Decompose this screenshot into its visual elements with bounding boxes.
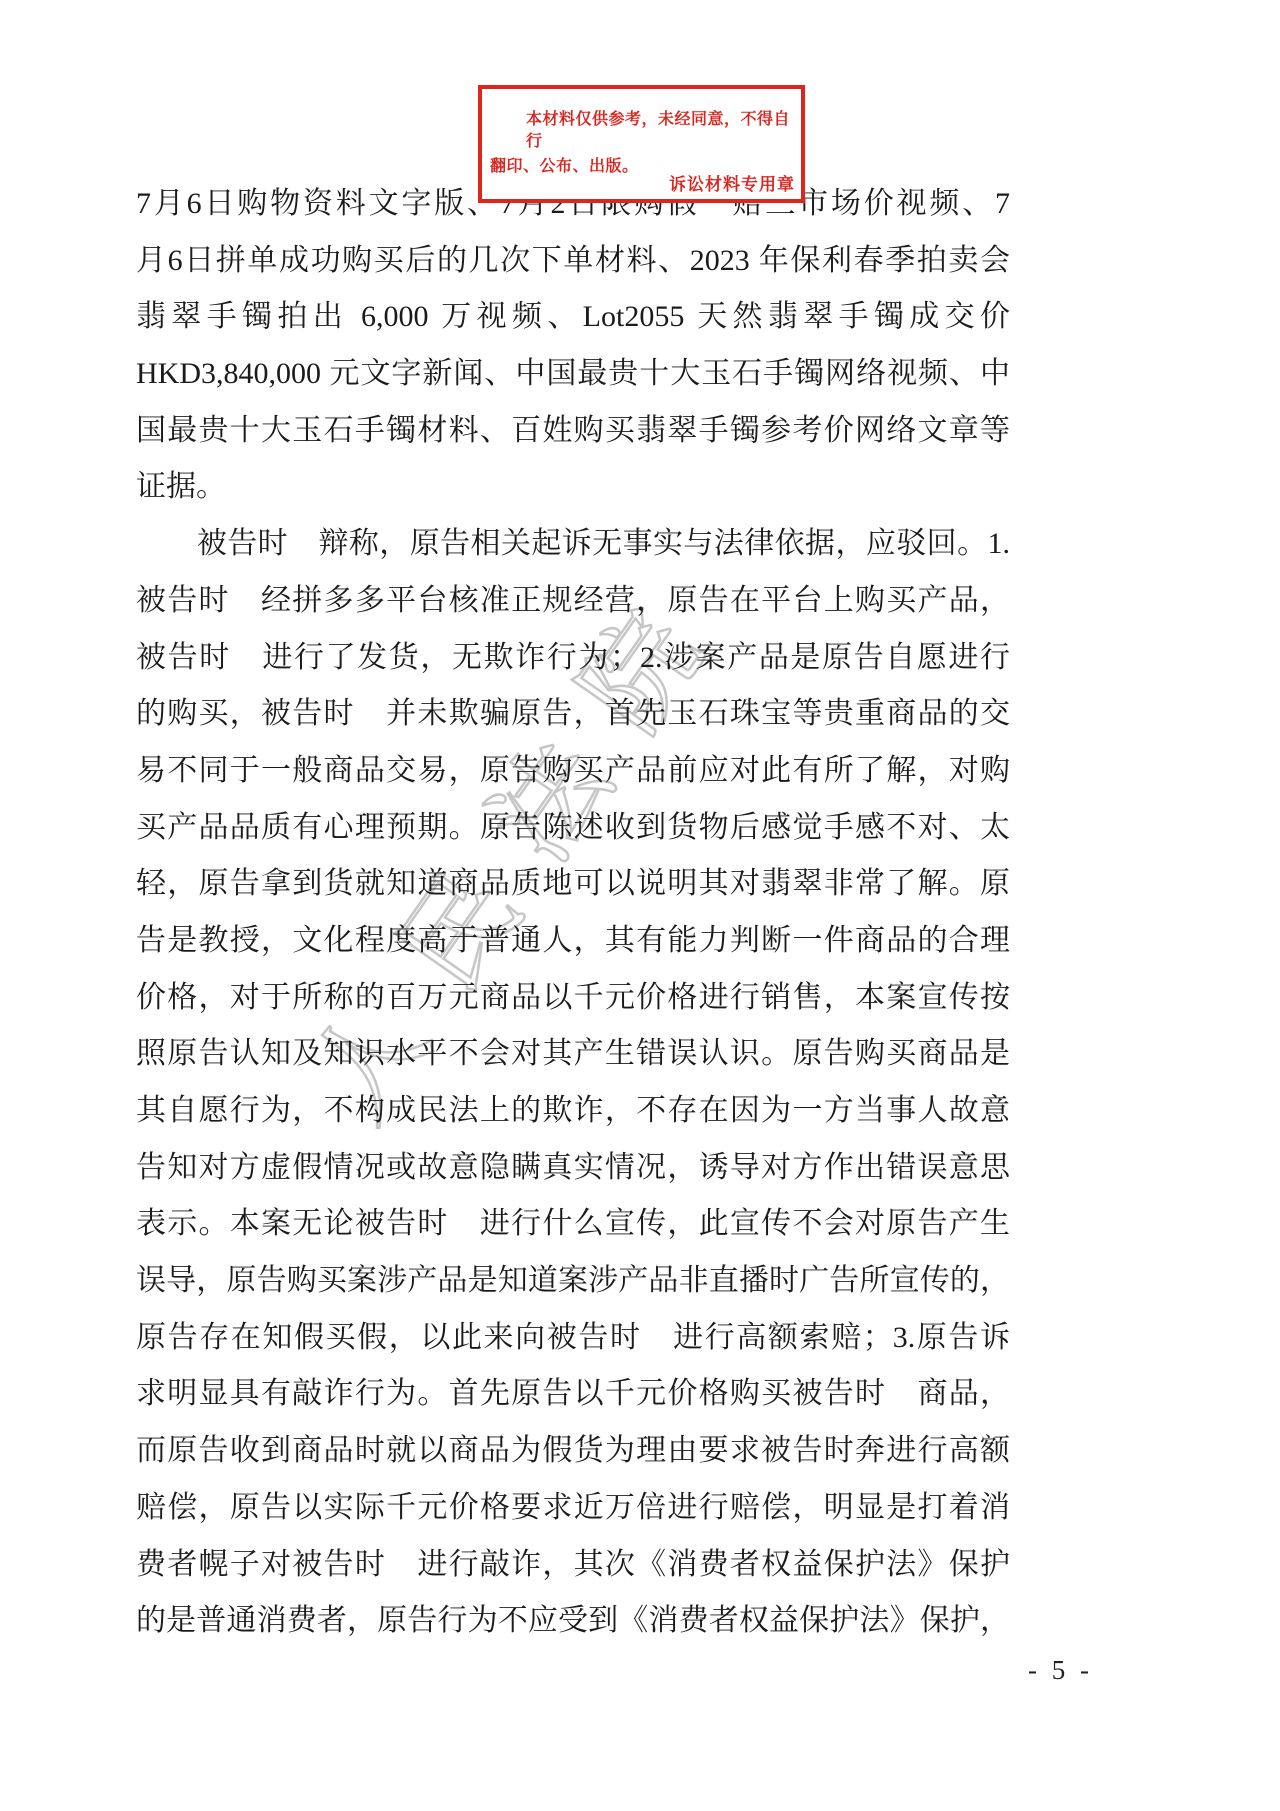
text-line: 国最贵十大玉石手镯材料、百姓购买翡翠手镯参考价网络文章等 [136, 403, 1010, 460]
text-line: 照原告认知及知识水平不会对其产生错误认识。原告购买商品是 [136, 1026, 1010, 1083]
text-line: HKD3,840,000 元文字新闻、中国最贵十大玉石手镯网络视频、中 [136, 346, 1010, 403]
text-line: 告知对方虚假情况或故意隐瞒真实情况，诱导对方作出错误意思 [136, 1140, 1010, 1197]
text-line: 求明显具有敲诈行为。首先原告以千元价格购买被告时 商品， [136, 1366, 1010, 1423]
text-line: 误导，原告购买案涉产品是知道案涉产品非直播时广告所宣传的， [136, 1253, 1010, 1310]
text-line: 买产品品质有心理预期。原告陈述收到货物后感觉手感不对、太 [136, 800, 1010, 857]
text-line: 证据。 [136, 459, 1010, 516]
text-line: 易不同于一般商品交易，原告购买产品前应对此有所了解，对购 [136, 743, 1010, 800]
text-line: 其自愿行为，不构成民法上的欺诈，不存在因为一方当事人故意 [136, 1083, 1010, 1140]
text-line: 费者幌子对被告时 进行敲诈，其次《消费者权益保护法》保护 [136, 1537, 1010, 1594]
document-page: 人民法院 本材料仅供参考，未经同意，不得自行 翻印、公布、出版。 诉讼材料专用章… [0, 0, 1280, 1811]
confidential-stamp-box: 本材料仅供参考，未经同意，不得自行 翻印、公布、出版。 诉讼材料专用章 [478, 85, 805, 203]
text-line: 月6日拼单成功购买后的几次下单材料、2023 年保利春季拍卖会 [136, 233, 1010, 290]
text-line: 赔偿，原告以实际千元价格要求近万倍进行赔偿，明显是打着消 [136, 1480, 1010, 1537]
text-line: 被告时 辩称，原告相关起诉无事实与法律依据，应驳回。1. [136, 516, 1010, 573]
text-line: 价格，对于所称的百万元商品以千元价格进行销售，本案宣传按 [136, 970, 1010, 1027]
text-line: 被告时 进行了发货，无欺诈行为；2.涉案产品是原告自愿进行 [136, 630, 1010, 687]
page-number: - 5 - [1028, 1655, 1093, 1686]
text-line: 表示。本案无论被告时 进行什么宣传，此宣传不会对原告产生 [136, 1196, 1010, 1253]
text-line: 被告时 经拼多多平台核准正规经营，原告在平台上购买产品， [136, 573, 1010, 630]
text-line: 轻，原告拿到货就知道商品质地可以说明其对翡翠非常了解。原 [136, 856, 1010, 913]
stamp-seal-label: 诉讼材料专用章 [669, 170, 795, 195]
text-line: 的购买，被告时 并未欺骗原告，首先玉石珠宝等贵重商品的交 [136, 686, 1010, 743]
text-line: 告是教授，文化程度高于普通人，其有能力判断一件商品的合理 [136, 913, 1010, 970]
text-line: 原告存在知假买假，以此来向被告时 进行高额索赔；3.原告诉 [136, 1310, 1010, 1367]
body-text: 7月6日购物资料文字版、7月2日限购假一赔三市场价视频、7 月6日拼单成功购买后… [136, 176, 1010, 1650]
text-line: 的是普通消费者，原告行为不应受到《消费者权益保护法》保护， [136, 1593, 1010, 1650]
text-line: 而原告收到商品时就以商品为假货为理由要求被告时奔进行高额 [136, 1423, 1010, 1480]
text-line: 翡翠手镯拍出 6,000 万视频、Lot2055 天然翡翠手镯成交价 [136, 289, 1010, 346]
stamp-notice-line-1: 本材料仅供参考，未经同意，不得自行 [526, 109, 795, 153]
